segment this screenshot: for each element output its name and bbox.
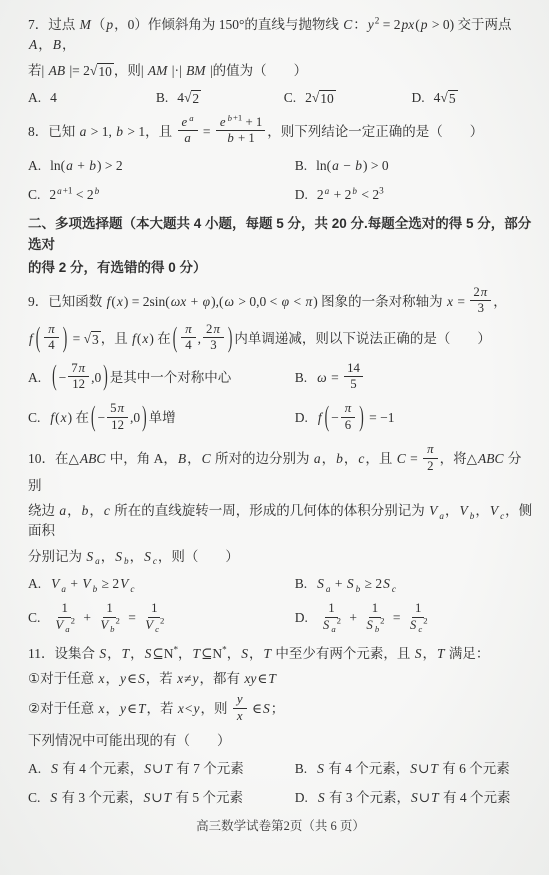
math-variable: ω [224, 294, 236, 309]
big-paren: ) [63, 316, 68, 359]
math-variable: b [94, 186, 101, 196]
math-variable: y [236, 692, 244, 706]
fraction: eb+1 + 1b + 1 [216, 115, 265, 147]
fraction: 1Sc2 [406, 601, 431, 633]
question-8-options: A.ln(a + b) > 2B.ln(a − b) > 0C.2a+1 < 2… [28, 156, 533, 206]
math-variable: a [183, 131, 191, 145]
math-variable: f [317, 410, 323, 425]
math-variable: x [97, 701, 105, 716]
math-variable: px [401, 17, 416, 32]
math-variable: c [357, 451, 365, 466]
subscript: a [330, 624, 336, 634]
big-paren: ) [103, 355, 108, 398]
subscript: b [355, 584, 362, 594]
subscript: b [92, 584, 99, 594]
math-variable: BM [185, 63, 207, 78]
math-variable: b [335, 451, 344, 466]
math-variable: S [114, 549, 123, 564]
big-paren: ) [359, 396, 364, 439]
math-variable: f [131, 331, 137, 346]
option-label: B. [295, 761, 307, 776]
math-variable: a [330, 624, 336, 634]
math-variable: S [365, 618, 373, 632]
superscript: 2 [423, 615, 427, 625]
math-variable: AM [147, 63, 169, 78]
math-variable: p [105, 17, 114, 32]
math-variable: b [81, 503, 90, 518]
superscript: 2 [116, 615, 120, 625]
subscript: a [94, 556, 101, 566]
math-variable: c [103, 503, 111, 518]
math-variable: ABC [79, 451, 107, 466]
option-label: A. [28, 761, 41, 776]
option-label: A. [28, 370, 41, 385]
math-variable: V [144, 618, 154, 632]
math-variable: S [143, 549, 152, 564]
superscript: 3 [379, 186, 384, 196]
math-variable: π [184, 322, 192, 336]
math-variable: S [50, 761, 59, 776]
big-paren: ( [91, 396, 96, 439]
math-variable: V [489, 503, 499, 518]
math-variable: π [47, 322, 55, 336]
math-variable: b [374, 624, 380, 634]
question-7-line-2: 若| AB |= 2√10，则| AM |·| BM |的值为（ ） [28, 61, 533, 81]
math-variable: b [354, 158, 363, 173]
math-variable: S [317, 790, 326, 805]
math-variable: V [119, 576, 129, 591]
question-10-line-3: 分别记为 Sa，Sb，Sc，则（ ） [28, 547, 533, 567]
question-7-option-C: C.2√10 [284, 88, 412, 108]
math-variable: S [143, 761, 152, 776]
math-variable: y [119, 701, 127, 716]
page-footer: 高三数学试卷第2页（共 6 页） [28, 817, 533, 836]
math-variable: a [65, 158, 74, 173]
big-paren: ( [36, 316, 41, 359]
math-variable: b [115, 124, 124, 139]
math-variable: π [426, 442, 434, 456]
fraction: π4 [181, 322, 195, 354]
math-variable: xy [243, 671, 257, 686]
math-variable: V [428, 503, 438, 518]
math-variable: T [121, 646, 131, 661]
math-variable: x [60, 410, 68, 425]
fraction: 5π12 [107, 401, 128, 433]
question-7-option-D: D.4√5 [412, 88, 533, 108]
superscript: b+1 [227, 113, 243, 123]
math-variable: T [262, 646, 272, 661]
superscript: a [324, 186, 331, 196]
option-label: B. [295, 576, 307, 591]
question-9-line-2: f(π4) = √3，且 f(x) 在(π4,2π3)内单调递减，则以下说法正确… [28, 324, 533, 356]
math-variable: x [446, 294, 454, 309]
math-variable: a [331, 158, 340, 173]
fraction: 2π3 [470, 285, 491, 317]
option-label: A. [28, 90, 41, 105]
math-variable: p [420, 17, 429, 32]
math-variable: T [267, 671, 277, 686]
option-label: C. [28, 610, 40, 625]
big-paren: ( [173, 316, 178, 359]
math-variable: x [141, 331, 149, 346]
math-variable: a [79, 124, 88, 139]
exam-body: 7．过点 M（p，0）作倾斜角为 150°的直线与抛物线 C：y2 = 2px(… [28, 15, 533, 808]
fraction: π4 [44, 322, 58, 354]
math-variable: π [344, 401, 352, 415]
question-9-option-C: C.f(x) 在(−5π12,0)单增 [28, 403, 295, 435]
math-variable: a [438, 511, 445, 521]
question-11-option-B: B.S 有 4 个元素，S∪T 有 6 个元素 [295, 759, 533, 779]
question-8-line-1: 8．已知 a > 1, b > 1，且 eaa = eb+1 + 1b + 1，… [28, 117, 533, 149]
fraction: 7π12 [68, 361, 89, 393]
section-2-header-line-2: 的得 2 分，有选错的得 0 分） [28, 258, 533, 278]
question-7-option-A: A.4 [28, 88, 156, 108]
subscript: c [391, 584, 397, 594]
subscript: c [152, 556, 158, 566]
math-variable: AB [48, 63, 67, 78]
math-variable: S [409, 761, 418, 776]
subscript: b [469, 511, 476, 521]
question-7: 7．过点 M（p，0）作倾斜角为 150°的直线与抛物线 C：y2 = 2px(… [28, 15, 533, 108]
option-label: B. [156, 90, 168, 105]
math-variable: f [49, 410, 55, 425]
math-variable: V [81, 576, 91, 591]
option-label: D. [295, 610, 308, 625]
math-variable: x [176, 671, 184, 686]
math-variable: b [109, 624, 115, 634]
math-variable: S [346, 576, 355, 591]
question-11-option-C: C.S 有 3 个元素，S∪T 有 5 个元素 [28, 788, 295, 808]
question-9: 9．已知函数 f(x) = 2sin(ωx + φ),(ω > 0,0 < φ … [28, 287, 533, 435]
question-9-option-A: A.(−7π12,0)是其中一个对称中心 [28, 363, 295, 395]
option-label: D. [295, 410, 308, 425]
exam-page: 7．过点 M（p，0）作倾斜角为 150°的直线与抛物线 C：y2 = 2px(… [0, 0, 549, 836]
math-variable: ωx [170, 294, 188, 309]
math-variable: π [78, 361, 86, 375]
math-variable: b [227, 113, 233, 123]
fraction: 1Sa2 [319, 601, 344, 633]
subscript: a [64, 624, 70, 634]
math-variable: c [391, 584, 397, 594]
math-variable: ABC [477, 451, 505, 466]
math-variable: a [56, 186, 63, 196]
fraction: 1Va2 [51, 601, 78, 633]
math-variable: S [316, 761, 325, 776]
fraction: yx [233, 692, 247, 724]
math-variable: C [396, 451, 407, 466]
math-variable: S [137, 671, 146, 686]
subscript: c [154, 624, 160, 634]
question-11-line-3: ②对于任意 x，y∈T，若 x<y，则 yx ∈S； [28, 694, 533, 726]
subscript: c [129, 584, 135, 594]
math-variable: b [226, 131, 234, 145]
math-variable: T [430, 790, 440, 805]
option-label: C. [284, 90, 296, 105]
math-variable: S [410, 790, 419, 805]
square-root: √5 [440, 90, 457, 108]
subscript: c [499, 511, 505, 521]
math-variable: T [163, 790, 173, 805]
math-variable: φ [202, 294, 211, 309]
math-variable: B [177, 451, 187, 466]
math-variable: x [116, 294, 124, 309]
superscript: 2 [375, 16, 380, 26]
question-11-line-4: 下列情况中可能出现的有（ ） [28, 731, 533, 751]
section-2-header: 二、多项选择题（本大题共 4 小题，每题 5 分，共 20 分.每题全选对的得 … [28, 214, 533, 278]
math-variable: π [305, 294, 314, 309]
math-variable: B [52, 37, 62, 52]
math-variable: a [94, 556, 101, 566]
fraction: π2 [423, 442, 437, 474]
superscript: b [351, 186, 358, 196]
subscript: a [438, 511, 445, 521]
math-variable: f [28, 331, 34, 346]
math-variable: T [192, 646, 202, 661]
question-10-line-2: 绕边 a，b，c 所在的直线旋转一周，形成的几何体的体积分别记为 Va，Vb，V… [28, 501, 533, 542]
math-variable: a [58, 503, 67, 518]
math-variable: ω [316, 370, 328, 385]
math-variable: b [469, 511, 476, 521]
math-variable: V [458, 503, 468, 518]
math-variable: a [324, 186, 331, 196]
math-variable: V [50, 576, 60, 591]
subscript: a [60, 584, 67, 594]
option-label: C. [28, 410, 40, 425]
big-paren: ) [228, 316, 233, 359]
math-variable: f [106, 294, 112, 309]
option-label: D. [295, 187, 308, 202]
math-variable: c [154, 624, 160, 634]
math-variable: S [382, 576, 391, 591]
math-variable: S [85, 549, 94, 564]
question-11-option-A: A.S 有 4 个元素，S∪T 有 7 个元素 [28, 759, 295, 779]
question-9-option-D: D.f(−π6) = −1 [295, 403, 533, 435]
math-variable: a [188, 113, 194, 123]
math-variable: b [92, 584, 99, 594]
superscript: 2 [337, 615, 341, 625]
option-label: A. [28, 158, 41, 173]
question-8-option-B: B.ln(a − b) > 0 [295, 156, 533, 176]
question-9-option-B: B.ω = 145 [295, 363, 533, 395]
math-variable: e [219, 115, 227, 129]
question-9-line-1: 9．已知函数 f(x) = 2sin(ωx + φ),(ω > 0,0 < φ … [28, 287, 533, 319]
question-8: 8．已知 a > 1, b > 1，且 eaa = eb+1 + 1b + 1，… [28, 117, 533, 205]
math-variable: S [262, 701, 271, 716]
math-variable: C [342, 17, 353, 32]
math-variable: a [60, 584, 67, 594]
big-paren: ( [325, 396, 330, 439]
question-10-option-C: C.1Va2 + 1Vb2 = 1Vc2 [28, 603, 295, 635]
math-variable: x [97, 671, 105, 686]
math-variable: c [129, 584, 135, 594]
math-variable: x [177, 701, 185, 716]
question-8-option-D: D.2a + 2b < 23 [295, 185, 533, 205]
question-10-option-B: B.Sa + Sb ≥ 2Sc [295, 574, 533, 594]
math-variable: S [240, 646, 249, 661]
square-root: √2 [184, 90, 201, 108]
subscript: b [374, 624, 380, 634]
option-label: B. [295, 158, 307, 173]
math-variable: b [123, 556, 130, 566]
math-variable: T [429, 761, 439, 776]
question-10-line-1: 10．在△ABC 中，角 A，B，C 所对的边分别为 a，b，c，且 C = π… [28, 444, 533, 496]
fraction: 2π3 [203, 322, 224, 354]
math-variable: b [355, 584, 362, 594]
math-variable: y [193, 701, 201, 716]
math-variable: y [192, 671, 200, 686]
math-variable: V [54, 618, 64, 632]
big-paren: ) [142, 396, 147, 439]
question-7-option-B: B.4√2 [156, 88, 284, 108]
math-variable: b [351, 186, 358, 196]
math-variable: C [201, 451, 212, 466]
superscript: a+1 [56, 186, 72, 196]
subscript: c [417, 624, 423, 634]
option-label: C. [28, 790, 40, 805]
question-9-options: A.(−7π12,0)是其中一个对称中心B.ω = 145C.f(x) 在(−5… [28, 363, 533, 436]
square-root: √3 [84, 331, 101, 349]
question-10-option-A: A.Va + Vb ≥ 2Vc [28, 574, 295, 594]
question-7-options: A.4B.4√2C.2√10D.4√5 [28, 88, 533, 108]
question-8-option-A: A.ln(a + b) > 2 [28, 156, 295, 176]
math-variable: a [64, 624, 70, 634]
question-7-line-1: 7．过点 M（p，0）作倾斜角为 150°的直线与抛物线 C：y2 = 2px(… [28, 15, 533, 56]
square-root: √10 [90, 63, 114, 81]
math-variable: S [144, 646, 153, 661]
question-11-options: A.S 有 4 个元素，S∪T 有 7 个元素B.S 有 4 个元素，S∪T 有… [28, 759, 533, 809]
math-variable: c [499, 511, 505, 521]
math-variable: A [28, 37, 38, 52]
superscript: * [222, 644, 227, 654]
math-variable: π [117, 401, 125, 415]
section-2-header-line-1: 二、多项选择题（本大题共 4 小题，每题 5 分，共 20 分.每题全选对的得 … [28, 214, 533, 255]
math-variable: a [325, 584, 332, 594]
option-label: D. [295, 790, 308, 805]
superscript: b [94, 186, 101, 196]
option-label: D. [412, 90, 425, 105]
question-11-option-D: D.S 有 3 个元素，S∪T 有 4 个元素 [295, 788, 533, 808]
math-variable: c [152, 556, 158, 566]
math-variable: S [98, 646, 107, 661]
question-8-option-C: C.2a+1 < 2b [28, 185, 295, 205]
big-paren: ( [52, 355, 57, 398]
math-variable: y [119, 671, 127, 686]
fraction: 1Vb2 [96, 601, 123, 633]
superscript: a [188, 113, 194, 123]
math-variable: φ [281, 294, 290, 309]
math-variable: V [99, 618, 109, 632]
fraction: 145 [344, 361, 363, 393]
math-variable: S [316, 576, 325, 591]
option-label: C. [28, 187, 40, 202]
math-variable: T [436, 646, 446, 661]
math-variable: c [417, 624, 423, 634]
fraction: eaa [178, 115, 198, 147]
superscript: * [173, 644, 178, 654]
math-variable: S [414, 646, 423, 661]
option-label: A. [28, 576, 41, 591]
subscript: a [325, 584, 332, 594]
fraction: 1Sb2 [362, 601, 387, 633]
question-11-line-2: ①对于任意 x，y∈S，若 x≠y，都有 xy∈T [28, 669, 533, 689]
math-variable: b [88, 158, 97, 173]
square-root: √10 [312, 90, 336, 108]
math-variable: T [163, 761, 173, 776]
math-variable: M [79, 17, 92, 32]
question-11-line-1: 11．设集合 S，T，S⊆N*，T⊆N*，S，T 中至少有两个元素，且 S，T … [28, 644, 533, 664]
fraction: π6 [341, 401, 355, 433]
subscript: b [123, 556, 130, 566]
subscript: b [109, 624, 115, 634]
math-variable: S [143, 790, 152, 805]
question-10-option-D: D.1Sa2 + 1Sb2 = 1Sc2 [295, 603, 533, 635]
superscript: 2 [71, 615, 75, 625]
fraction: 1Vc2 [141, 601, 167, 633]
math-variable: S [49, 790, 58, 805]
math-variable: T [137, 701, 147, 716]
question-11: 11．设集合 S，T，S⊆N*，T⊆N*，S，T 中至少有两个元素，且 S，T … [28, 644, 533, 808]
math-variable: y [367, 17, 375, 32]
superscript: 2 [160, 615, 164, 625]
math-variable: π [480, 285, 488, 299]
math-variable: π [212, 322, 220, 336]
option-label: B. [295, 370, 307, 385]
superscript: 2 [380, 615, 384, 625]
math-variable: x [236, 709, 244, 723]
question-10-options: A.Va + Vb ≥ 2VcB.Sa + Sb ≥ 2ScC.1Va2 + 1… [28, 574, 533, 635]
math-variable: a [313, 451, 322, 466]
question-10: 10．在△ABC 中，角 A，B，C 所对的边分别为 a，b，c，且 C = π… [28, 444, 533, 635]
